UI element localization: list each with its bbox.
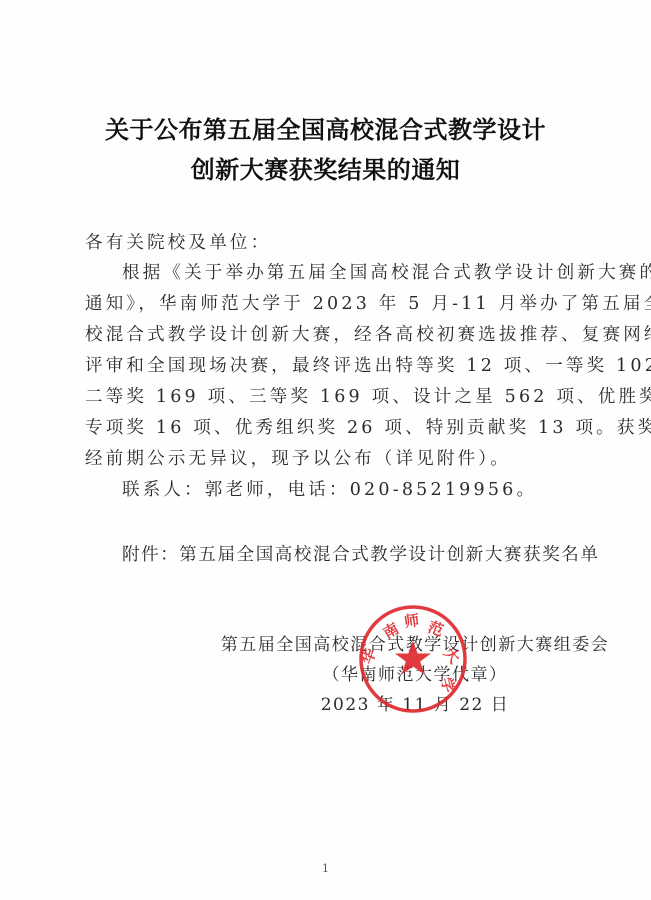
page-number: 1 [0,862,651,875]
body-line: 通知》，华南师范大学于 2023 年 5 月-11 月举办了第五届全国高 [85,293,585,315]
signature-organization: 第五届全国高校混合式教学设计创新大赛组委会 [200,634,630,656]
body-line: 评审和全国现场决赛，最终评选出特等奖 12 项、一等奖 102 项、 [85,355,585,377]
signature-date: 2023 年 11 月 22 日 [200,694,630,716]
signature-seal-note: （华南师范大学代章） [200,664,630,686]
body-line: 根据《关于举办第五届全国高校混合式教学设计创新大赛的 [122,262,622,284]
document-title-line-1: 关于公布第五届全国高校混合式教学设计 [0,110,651,145]
document-page: 关于公布第五届全国高校混合式教学设计 创新大赛获奖结果的通知 各有关院校及单位：… [0,0,651,900]
body-line: 校混合式教学设计创新大赛，经各高校初赛选拔推荐、复赛网络 [85,324,585,346]
svg-text:师: 师 [403,611,420,631]
body-line: 二等奖 169 项、三等奖 169 项、设计之星 562 项、优胜奖 561 项… [85,386,585,408]
attachment-line: 附件：第五届全国高校混合式教学设计创新大赛获奖名单 [122,544,622,566]
contact-line: 联系人：郭老师，电话：020-85219956。 [122,479,622,501]
document-title-line-2: 创新大赛获奖结果的通知 [0,150,651,185]
body-line: 专项奖 16 项、优秀组织奖 26 项、特别贡献奖 13 项。获奖名单 [85,417,585,439]
body-line: 经前期公示无异议，现予以公布（详见附件）。 [85,448,585,470]
salutation: 各有关院校及单位： [85,232,585,254]
